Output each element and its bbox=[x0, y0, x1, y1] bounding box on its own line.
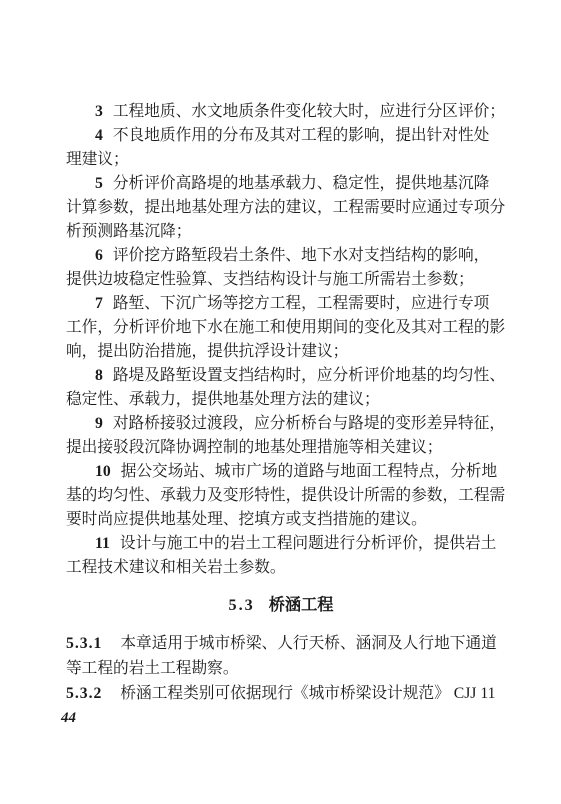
item-text: 分析评价高路堤的地基承载力、稳定性，提供地基沉降 bbox=[113, 175, 490, 192]
item-line: 10据公交场站、城市广场的道路与地面工程特点，分析地 bbox=[66, 460, 496, 484]
clause-text: 桥涵工程类别可依据现行《城市桥梁设计规范》 CJJ 11 bbox=[120, 685, 495, 702]
item-line: 8路堤及路堑设置支挡结构时，应分析评价地基的均匀性、 bbox=[66, 364, 496, 388]
numbered-item-10: 10据公交场站、城市广场的道路与地面工程特点，分析地 基的均匀性、承载力及变形特… bbox=[66, 460, 496, 532]
clause-block: 5.3.1本章适用于城市桥梁、人行天桥、涵洞及人行地下通道 等工程的岩土工程勘察… bbox=[66, 631, 496, 706]
clause-line: 5.3.1本章适用于城市桥梁、人行天桥、涵洞及人行地下通道 bbox=[66, 631, 496, 656]
item-line: 4不良地质作用的分布及其对工程的影响，提出针对性处 bbox=[66, 124, 496, 148]
section-title: 桥涵工程 bbox=[269, 596, 334, 614]
item-line: 计算参数，提出地基处理方法的建议，工程需要时应通过专项分 bbox=[66, 196, 496, 220]
item-text: 工程地质、水文地质条件变化较大时，应进行分区评价； bbox=[113, 103, 505, 120]
item-line: 提出接驳段沉降协调控制的地基处理措施等相关建议； bbox=[66, 436, 496, 460]
item-number: 4 bbox=[95, 124, 103, 148]
item-line: 工作，分析评价地下水在施工和使用期间的变化及其对工程的影 bbox=[66, 316, 496, 340]
item-text: 路堑、下沉广场等挖方工程，工程需要时，应进行专项 bbox=[113, 295, 490, 312]
item-line: 11设计与施工中的岩土工程问题进行分析评价，提供岩土 bbox=[66, 532, 496, 556]
item-line: 6评价挖方路堑段岩土条件、地下水对支挡结构的影响， bbox=[66, 244, 496, 268]
item-line: 7路堑、下沉广场等挖方工程，工程需要时，应进行专项 bbox=[66, 292, 496, 316]
clause-number: 5.3.2 bbox=[66, 681, 102, 706]
page-content: 3工程地质、水文地质条件变化较大时，应进行分区评价； 4不良地质作用的分布及其对… bbox=[66, 100, 496, 731]
item-line: 工程技术建议和相关岩土参数。 bbox=[66, 556, 496, 580]
numbered-item-11: 11设计与施工中的岩土工程问题进行分析评价，提供岩土 工程技术建议和相关岩土参数… bbox=[66, 532, 496, 580]
item-number: 6 bbox=[95, 244, 103, 268]
numbered-item-9: 9对路桥接驳过渡段，应分析桥台与路堤的变形差异特征， 提出接驳段沉降协调控制的地… bbox=[66, 412, 496, 460]
item-text: 评价挖方路堑段岩土条件、地下水对支挡结构的影响， bbox=[113, 247, 490, 264]
numbered-item-6: 6评价挖方路堑段岩土条件、地下水对支挡结构的影响， 提供边坡稳定性验算、支挡结构… bbox=[66, 244, 496, 292]
numbered-item-3: 3工程地质、水文地质条件变化较大时，应进行分区评价； bbox=[66, 100, 496, 124]
clause-line: 5.3.2桥涵工程类别可依据现行《城市桥梁设计规范》 CJJ 11 bbox=[66, 681, 496, 706]
item-text: 不良地质作用的分布及其对工程的影响，提出针对性处 bbox=[113, 127, 490, 144]
item-line: 理建议； bbox=[66, 148, 496, 172]
clause-number: 5.3.1 bbox=[66, 631, 102, 656]
item-number: 10 bbox=[95, 460, 111, 484]
item-text: 设计与施工中的岩土工程问题进行分析评价，提供岩土 bbox=[120, 535, 497, 552]
item-number: 3 bbox=[95, 100, 103, 124]
clause-text: 本章适用于城市桥梁、人行天桥、涵洞及人行地下通道 bbox=[120, 635, 497, 652]
item-line: 稳定性、承载力，提供地基处理方法的建议； bbox=[66, 388, 496, 412]
item-line: 析预测路基沉降； bbox=[66, 220, 496, 244]
item-text: 对路桥接驳过渡段，应分析桥台与路堤的变形差异特征， bbox=[113, 415, 505, 432]
numbered-item-5: 5分析评价高路堤的地基承载力、稳定性，提供地基沉降 计算参数，提出地基处理方法的… bbox=[66, 172, 496, 244]
numbered-item-7: 7路堑、下沉广场等挖方工程，工程需要时，应进行专项 工作，分析评价地下水在施工和… bbox=[66, 292, 496, 364]
item-number: 11 bbox=[95, 532, 110, 556]
section-heading: 5.3桥涵工程 bbox=[66, 593, 496, 617]
page-number: 44 bbox=[61, 706, 496, 731]
item-text: 据公交场站、城市广场的道路与地面工程特点，分析地 bbox=[121, 463, 498, 480]
section-number: 5.3 bbox=[229, 596, 255, 614]
item-number: 5 bbox=[95, 172, 103, 196]
item-text: 路堤及路堑设置支挡结构时，应分析评价地基的均匀性、 bbox=[113, 367, 505, 384]
document-page: 3工程地质、水文地质条件变化较大时，应进行分区评价； 4不良地质作用的分布及其对… bbox=[0, 0, 561, 804]
item-number: 7 bbox=[95, 292, 103, 316]
item-number: 8 bbox=[95, 364, 103, 388]
item-line: 提供边坡稳定性验算、支挡结构设计与施工所需岩土参数； bbox=[66, 268, 496, 292]
item-line: 5分析评价高路堤的地基承载力、稳定性，提供地基沉降 bbox=[66, 172, 496, 196]
item-line: 基的均匀性、承载力及变形特性，提供设计所需的参数，工程需 bbox=[66, 484, 496, 508]
numbered-item-8: 8路堤及路堑设置支挡结构时，应分析评价地基的均匀性、 稳定性、承载力，提供地基处… bbox=[66, 364, 496, 412]
numbered-item-4: 4不良地质作用的分布及其对工程的影响，提出针对性处 理建议； bbox=[66, 124, 496, 172]
item-line: 9对路桥接驳过渡段，应分析桥台与路堤的变形差异特征， bbox=[66, 412, 496, 436]
clause-line: 等工程的岩土工程勘察。 bbox=[66, 656, 496, 681]
item-number: 9 bbox=[95, 412, 103, 436]
item-line: 3工程地质、水文地质条件变化较大时，应进行分区评价； bbox=[66, 100, 496, 124]
item-line: 响，提出防治措施，提供抗浮设计建议； bbox=[66, 340, 496, 364]
item-line: 要时尚应提供地基处理、挖填方或支挡措施的建议。 bbox=[66, 508, 496, 532]
